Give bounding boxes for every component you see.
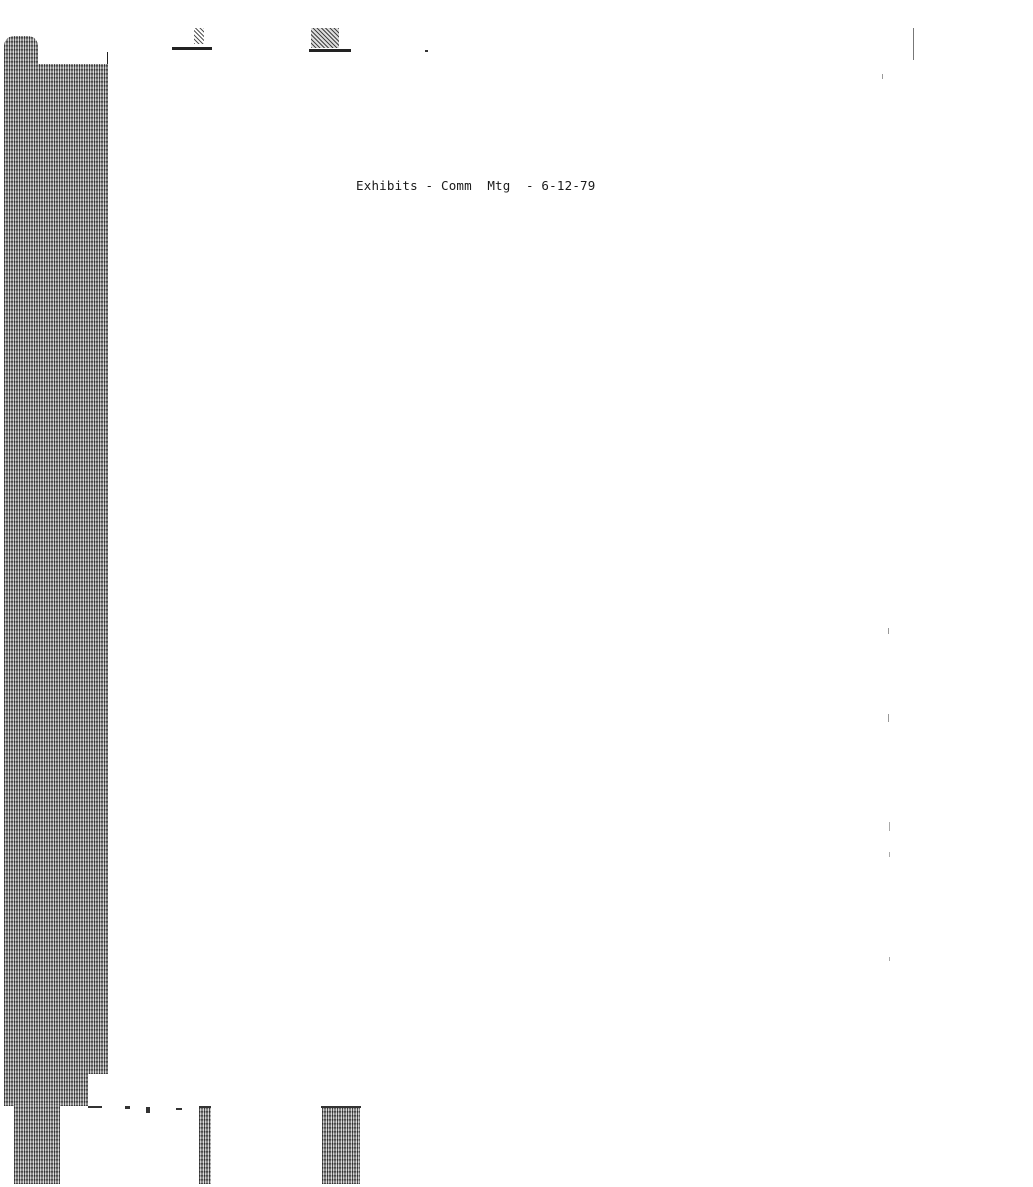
scanned-document-page: Exhibits - Comm Mtg - 6-12-79 [0, 0, 1033, 1187]
stamp-ink [194, 28, 204, 44]
scan-artifact-stamp [172, 26, 212, 50]
scan-artifact-stamp [309, 24, 351, 52]
document-title: Exhibits - Comm Mtg - 6-12-79 [356, 178, 596, 193]
stamp-ink [311, 28, 339, 48]
scan-artifact-column [199, 1108, 211, 1184]
margin-line [913, 28, 914, 60]
stamp-underline [309, 49, 351, 52]
scan-speck [425, 50, 428, 52]
scan-dash [125, 1106, 130, 1109]
margin-speck [889, 852, 890, 857]
scan-artifact-column [322, 1108, 360, 1184]
scan-dash [88, 1106, 102, 1108]
scan-edge-line [107, 52, 108, 64]
scan-edge-shadow-lower [4, 1070, 88, 1106]
margin-speck [888, 714, 889, 722]
scan-edge-shadow [4, 64, 108, 1074]
margin-speck [889, 822, 890, 831]
margin-speck [889, 957, 890, 961]
scan-edge-shadow-top [4, 36, 38, 66]
scan-edge-shadow-bottom [14, 1104, 60, 1184]
scan-dash [146, 1107, 150, 1113]
margin-speck [882, 74, 883, 79]
scan-dash [176, 1108, 182, 1110]
stamp-underline [172, 47, 212, 50]
margin-speck [888, 628, 889, 634]
